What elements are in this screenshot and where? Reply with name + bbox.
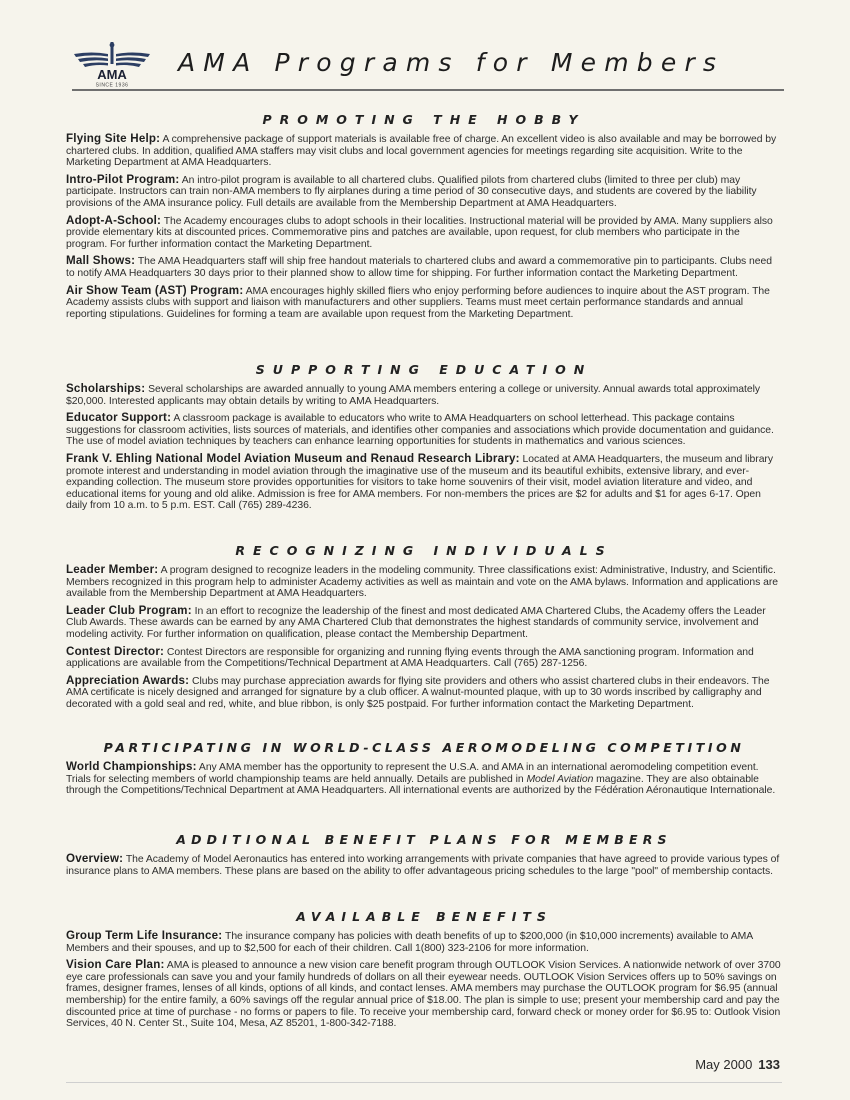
item-term: World Championships: xyxy=(66,760,197,773)
ama-logo-icon: AMA SINCE 1936 xyxy=(72,42,152,88)
section-heading: SUPPORTING EDUCATION xyxy=(66,362,782,377)
page-header: AMA SINCE 1936 AMA Programs for Members xyxy=(66,40,782,92)
item-text: AMA is pleased to announce a new vision … xyxy=(66,960,781,1029)
section-heading: RECOGNIZING INDIVIDUALS xyxy=(66,543,782,558)
benefit-vision-care-plan: Vision Care Plan: AMA is pleased to anno… xyxy=(66,959,782,1030)
svg-text:SINCE 1936: SINCE 1936 xyxy=(96,83,129,89)
item-term: Scholarships: xyxy=(66,382,145,395)
program-museum-library: Frank V. Ehling National Model Aviation … xyxy=(66,453,782,512)
program-scholarships: Scholarships: Several scholarships are a… xyxy=(66,383,782,407)
item-term: Flying Site Help: xyxy=(66,132,160,145)
item-text: Several scholarships are awarded annuall… xyxy=(66,384,760,407)
section-recognizing-individuals: RECOGNIZING INDIVIDUALS Leader Member: A… xyxy=(66,543,782,716)
item-term: Frank V. Ehling National Model Aviation … xyxy=(66,452,520,465)
program-flying-site-help: Flying Site Help: A comprehensive packag… xyxy=(66,133,782,169)
item-term: Air Show Team (AST) Program: xyxy=(66,284,243,297)
section-available-benefits: AVAILABLE BENEFITS Group Term Life Insur… xyxy=(66,909,782,1035)
program-appreciation-awards: Appreciation Awards: Clubs may purchase … xyxy=(66,675,782,711)
section-heading: AVAILABLE BENEFITS xyxy=(66,909,782,924)
program-air-show-team: Air Show Team (AST) Program: AMA encoura… xyxy=(66,285,782,321)
item-term: Leader Club Program: xyxy=(66,604,192,617)
program-leader-member: Leader Member: A program designed to rec… xyxy=(66,564,782,600)
item-term: Contest Director: xyxy=(66,645,164,658)
item-text: The AMA Headquarters staff will ship fre… xyxy=(66,256,772,279)
section-supporting-education: SUPPORTING EDUCATION Scholarships: Sever… xyxy=(66,362,782,517)
magazine-title: Model Aviation xyxy=(526,774,593,785)
section-additional-benefit-plans: ADDITIONAL BENEFIT PLANS FOR MEMBERS Ove… xyxy=(66,832,782,882)
item-text: A comprehensive package of support mater… xyxy=(66,134,776,168)
program-overview: Overview: The Academy of Model Aeronauti… xyxy=(66,853,782,877)
bottom-divider xyxy=(66,1082,782,1083)
program-contest-director: Contest Director: Contest Directors are … xyxy=(66,646,782,670)
program-intro-pilot: Intro-Pilot Program: An intro-pilot prog… xyxy=(66,174,782,210)
item-text: The Academy encourages clubs to adopt sc… xyxy=(66,216,773,250)
page-number: 133 xyxy=(758,1057,780,1072)
program-educator-support: Educator Support: A classroom package is… xyxy=(66,412,782,448)
program-mall-shows: Mall Shows: The AMA Headquarters staff w… xyxy=(66,255,782,279)
benefit-group-term-life-insurance: Group Term Life Insurance: The insurance… xyxy=(66,930,782,954)
item-text: A classroom package is available to educ… xyxy=(66,413,774,447)
program-leader-club: Leader Club Program: In an effort to rec… xyxy=(66,605,782,641)
item-term: Intro-Pilot Program: xyxy=(66,173,180,186)
item-term: Vision Care Plan: xyxy=(66,958,165,971)
title-divider xyxy=(72,89,784,91)
item-text: A program designed to recognize leaders … xyxy=(66,565,778,599)
item-term: Overview: xyxy=(66,852,123,865)
section-heading: ADDITIONAL BENEFIT PLANS FOR MEMBERS xyxy=(66,832,782,847)
section-heading: PARTICIPATING IN WORLD-CLASS AEROMODELIN… xyxy=(66,740,782,755)
issue-date: May 2000 xyxy=(695,1057,752,1072)
section-promoting-the-hobby: PROMOTING THE HOBBY Flying Site Help: A … xyxy=(66,112,782,325)
program-adopt-a-school: Adopt-A-School: The Academy encourages c… xyxy=(66,215,782,251)
section-heading: PROMOTING THE HOBBY xyxy=(66,112,782,127)
item-text: The Academy of Model Aeronautics has ent… xyxy=(66,854,779,877)
page-footer: May 2000133 xyxy=(695,1057,780,1072)
program-world-championships: World Championships: Any AMA member has … xyxy=(66,761,782,797)
item-term: Group Term Life Insurance: xyxy=(66,929,222,942)
svg-text:AMA: AMA xyxy=(97,67,127,82)
item-term: Adopt-A-School: xyxy=(66,214,161,227)
item-term: Leader Member: xyxy=(66,563,158,576)
item-term: Mall Shows: xyxy=(66,254,135,267)
section-world-class-competition: PARTICIPATING IN WORLD-CLASS AEROMODELIN… xyxy=(66,740,782,802)
item-term: Appreciation Awards: xyxy=(66,674,189,687)
item-term: Educator Support: xyxy=(66,411,171,424)
item-text: Contest Directors are responsible for or… xyxy=(66,647,754,670)
page-title: AMA Programs for Members xyxy=(178,48,724,77)
